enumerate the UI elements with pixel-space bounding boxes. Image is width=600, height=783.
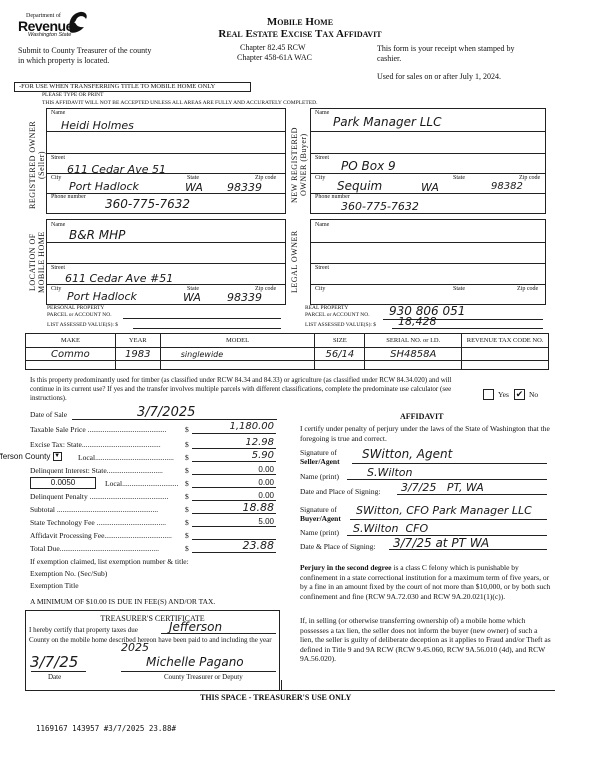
- cell-model[interactable]: singlewide: [160, 348, 315, 361]
- buyer-phone[interactable]: 360-775-7632: [341, 200, 419, 213]
- personal-parcel-field[interactable]: [123, 311, 281, 319]
- buyer-name-label: Name: [315, 110, 329, 116]
- subtotal-field[interactable]: 18.88: [192, 504, 276, 514]
- treasurer-signature[interactable]: Michelle Pagano: [146, 655, 244, 669]
- buyer-date-label: Date & Place of Signing:: [300, 542, 375, 551]
- treasurer-sig-label: County Treasurer or Deputy: [164, 673, 243, 681]
- yes-checkbox[interactable]: [483, 389, 494, 400]
- cell-serial[interactable]: SH4858A: [365, 348, 462, 361]
- accept-note: THIS AFFIDAVIT WILL NOT BE ACCEPTED UNLE…: [42, 100, 317, 106]
- personal-property-label: PERSONAL PROPERTY: [47, 305, 104, 311]
- delinquent-state-row: Delinquent Interest: State..............…: [30, 466, 163, 475]
- buyer-section-label: NEW REGISTERED OWNER (Buyer): [290, 115, 310, 215]
- header-model: MODEL: [160, 334, 315, 348]
- yes-label: Yes: [498, 390, 509, 399]
- chevron-down-icon[interactable]: ▼: [53, 452, 62, 461]
- legal-state-label: State: [453, 286, 465, 292]
- header-serial: SERIAL NO. or I.D.: [365, 334, 462, 348]
- buyer-name-print-field[interactable]: S.Wilton CFO: [347, 525, 547, 536]
- treasurer-use-only: THIS SPACE - TREASURER'S USE ONLY: [200, 693, 351, 702]
- form-title-line2: Real Estate Excise Tax Affidavit: [160, 28, 440, 40]
- excise-state-field[interactable]: 12.98: [192, 439, 276, 449]
- location-name-label: Name: [51, 222, 65, 228]
- header-make: MAKE: [26, 334, 116, 348]
- total-due-row: Total Due...............................…: [30, 544, 159, 553]
- treasurer-divider: [25, 690, 555, 691]
- cell-size[interactable]: 56/14: [315, 348, 365, 361]
- real-parcel-label: PARCEL or ACCOUNT NO.: [305, 312, 370, 318]
- buyer-city-label: City: [315, 175, 325, 181]
- date-of-sale-value: 3/7/2025: [137, 405, 195, 420]
- seller-name-print: S.Wilton: [367, 466, 412, 479]
- legal-zip-label: Zip code: [517, 286, 538, 292]
- use-banner-text: -FOR USE WHEN TRANSFERRING TITLE TO MOBI…: [19, 83, 215, 90]
- treasurer-county-field[interactable]: Jefferson: [161, 624, 276, 634]
- buyer-signature: SWitton, CFO Park Manager LLC: [356, 504, 532, 517]
- chapter-wac: Chapter 458-61A WAC: [237, 53, 312, 62]
- seller-city[interactable]: Port Hadlock: [69, 180, 139, 193]
- real-assessed-value: 18,428: [398, 315, 437, 328]
- taxable-price-field[interactable]: 1,180.00: [192, 424, 276, 434]
- seller-name-print-label: Name (print): [300, 472, 339, 481]
- county-select[interactable]: Jefferson County ▼: [0, 452, 62, 461]
- processing-fee-row: Affidavit Processing Fee................…: [30, 531, 172, 540]
- no-checkbox[interactable]: ✔: [514, 389, 525, 400]
- buyer-date-field[interactable]: 3/7/25 at PT WA: [389, 539, 547, 550]
- seller-phone-label: Phone number: [51, 194, 86, 200]
- treasurer-certificate: TREASURER'S CERTIFICATE I hereby certify…: [25, 610, 280, 690]
- lien-notice: If, in selling (or otherwise transferrin…: [300, 616, 552, 664]
- treasurer-county-value: Jefferson: [169, 620, 222, 634]
- submit-note: Submit to County Treasurer of the county…: [18, 46, 153, 66]
- used-note: Used for sales on or after July 1, 2024.: [377, 72, 501, 81]
- cell-year[interactable]: 1983: [115, 348, 160, 361]
- seller-date-field[interactable]: 3/7/25 PT, WA: [397, 484, 547, 495]
- seller-street[interactable]: 611 Cedar Ave 51: [67, 163, 166, 176]
- real-assessed-label: LIST ASSESSED VALUE(S): $: [305, 322, 376, 328]
- seller-phone[interactable]: 360-775-7632: [105, 197, 190, 211]
- delinquent-penalty-field[interactable]: 0.00: [192, 491, 276, 501]
- affidavit-certify: I certify under penalty of perjury under…: [300, 424, 550, 444]
- header-size: SIZE: [315, 334, 365, 348]
- seller-street-label: Street: [51, 155, 65, 161]
- mobile-home-table: MAKE YEAR MODEL SIZE SERIAL NO. or I.D. …: [25, 333, 549, 370]
- receipt-stamp: 1169167 143957 #3/7/2025 23.88#: [36, 724, 176, 733]
- form-title-line1: Mobile Home: [185, 16, 415, 28]
- dor-logo: Department of Revenue Washington State: [18, 10, 98, 42]
- dor-swoosh-logo-icon: [66, 10, 88, 34]
- seller-signature: SWitton, Agent: [362, 447, 452, 461]
- legal-owner-box: Name Street City State Zip code: [310, 219, 546, 305]
- receipt-note: This form is your receipt when stamped b…: [377, 44, 527, 64]
- timber-question: Is this property predominantly used for …: [30, 376, 460, 403]
- taxable-price-row: Taxable Sale Price .....................…: [30, 425, 166, 434]
- buyer-date-place: 3/7/25 at PT WA: [393, 536, 489, 550]
- legal-owner-section-label: LEGAL OWNER: [290, 222, 310, 302]
- location-zip[interactable]: 98339: [227, 291, 262, 304]
- minimum-note: A MINIMUM OF $10.00 IS DUE IN FEE(S) AND…: [30, 597, 215, 606]
- location-state[interactable]: WA: [183, 291, 201, 304]
- cell-tax-code[interactable]: [462, 348, 549, 361]
- personal-assessed-field[interactable]: [133, 321, 281, 329]
- seller-name-label: Name: [51, 110, 65, 116]
- exemption-note: If exemption claimed, list exemption num…: [30, 557, 189, 566]
- buyer-state-label: State: [453, 175, 465, 181]
- real-property-label: REAL PROPERTY: [305, 305, 348, 311]
- total-due-field[interactable]: 23.88: [192, 543, 276, 553]
- treasurer-cert-line2: County on the mobile home described here…: [29, 636, 277, 645]
- treasurer-cert-line1: I hereby certify that property taxes due: [29, 626, 138, 634]
- seller-signature-field[interactable]: SWitton, Agent: [352, 450, 547, 464]
- logo-line3: Washington State: [28, 32, 71, 38]
- header-year: YEAR: [115, 334, 160, 348]
- excise-local-field[interactable]: 5.90: [192, 452, 276, 462]
- use-banner: -FOR USE WHEN TRANSFERRING TITLE TO MOBI…: [14, 82, 251, 92]
- treasurer-date[interactable]: 3/7/25: [30, 653, 78, 671]
- checkmark-icon: ✔: [516, 389, 524, 399]
- date-of-sale-label: Date of Sale: [30, 410, 67, 419]
- tech-fee-row: State Technology Fee ...................…: [30, 518, 166, 527]
- chapter-rcw: Chapter 82.45 RCW: [240, 43, 306, 52]
- delinquent-local-field[interactable]: 0.00: [192, 478, 276, 488]
- subtotal-row: Subtotal ...............................…: [30, 505, 158, 514]
- logo-line2: Revenue: [18, 20, 73, 32]
- seller-city-label: City: [51, 175, 61, 181]
- location-city[interactable]: Port Hadlock: [67, 290, 137, 303]
- rate-value: 0.0050: [51, 478, 75, 487]
- buyer-zip[interactable]: 98382: [491, 181, 523, 192]
- treasurer-cert-title: TREASURER'S CERTIFICATE: [26, 614, 279, 623]
- seller-box: Name Heidi Holmes Street 611 Cedar Ave 5…: [46, 108, 286, 214]
- vertical-divider: [281, 680, 282, 690]
- tech-fee-field[interactable]: 5.00: [192, 517, 276, 527]
- treasurer-year[interactable]: 2025: [121, 641, 149, 654]
- buyer-name[interactable]: Park Manager LLC: [333, 115, 441, 129]
- location-section-label: LOCATION OF MOBILE HOME: [28, 222, 48, 302]
- legal-name-label: Name: [315, 222, 329, 228]
- excise-local-row: Local...................................…: [78, 453, 174, 462]
- no-label: No: [529, 390, 538, 399]
- seller-date-place: 3/7/25 PT, WA: [401, 481, 484, 494]
- perjury-notice: Perjury in the second degree is a class …: [300, 563, 552, 601]
- buyer-sig-label: Signature of Buyer/Agent: [300, 505, 341, 523]
- treasurer-date-label: Date: [48, 673, 61, 681]
- buyer-name-print: S.Wilton CFO: [353, 522, 428, 535]
- seller-section-label: REGISTERED OWNER (Seller): [28, 110, 48, 220]
- exemption-no-label: Exemption No. (Sec/Sub): [30, 569, 107, 578]
- buyer-street[interactable]: PO Box 9: [341, 159, 396, 173]
- buyer-name-print-label: Name (print): [300, 528, 339, 537]
- delinquent-state-field[interactable]: 0.00: [192, 465, 276, 475]
- delinquent-local-row: Local..............................: [105, 479, 178, 488]
- location-city-label: City: [51, 286, 61, 292]
- delinquent-penalty-row: Delinquent Penalty .....................…: [30, 492, 168, 501]
- buyer-city[interactable]: Sequim: [337, 179, 382, 193]
- personal-assessed-label: LIST ASSESSED VALUE(S): $: [47, 322, 118, 328]
- seller-date-label: Date and Place of Signing:: [300, 487, 380, 496]
- legal-city-label: City: [315, 286, 325, 292]
- location-box: Name B&R MHP Street 611 Cedar Ave #51 Ci…: [46, 219, 286, 305]
- affidavit-title: AFFIDAVIT: [400, 412, 443, 421]
- legal-street-label: Street: [315, 265, 329, 271]
- buyer-box: Name Park Manager LLC Street PO Box 9 Ci…: [310, 108, 546, 214]
- buyer-signature-field[interactable]: SWitton, CFO Park Manager LLC: [350, 506, 547, 520]
- real-assessed-field[interactable]: 18,428: [392, 319, 543, 329]
- rate-field[interactable]: 0.0050: [30, 477, 96, 489]
- header-tax-code: REVENUE TAX CODE NO.: [462, 334, 549, 348]
- location-name[interactable]: B&R MHP: [69, 228, 125, 242]
- cell-make[interactable]: Commo: [26, 348, 116, 361]
- location-street-label: Street: [51, 265, 65, 271]
- buyer-street-label: Street: [315, 155, 329, 161]
- exemption-title-label: Exemption Title: [30, 581, 79, 590]
- seller-sig-label: Signature of Seller/Agent: [300, 448, 340, 466]
- seller-name-print-field[interactable]: S.Wilton: [347, 469, 547, 480]
- date-of-sale-field[interactable]: 3/7/2025: [72, 408, 277, 420]
- excise-state-row: Excise Tax: State.......................…: [30, 440, 161, 449]
- county-select-value: Jefferson County: [0, 452, 50, 461]
- type-note: PLEASE TYPE OR PRINT: [42, 92, 103, 98]
- personal-parcel-label: PARCEL or ACCOUNT NO.: [47, 312, 112, 318]
